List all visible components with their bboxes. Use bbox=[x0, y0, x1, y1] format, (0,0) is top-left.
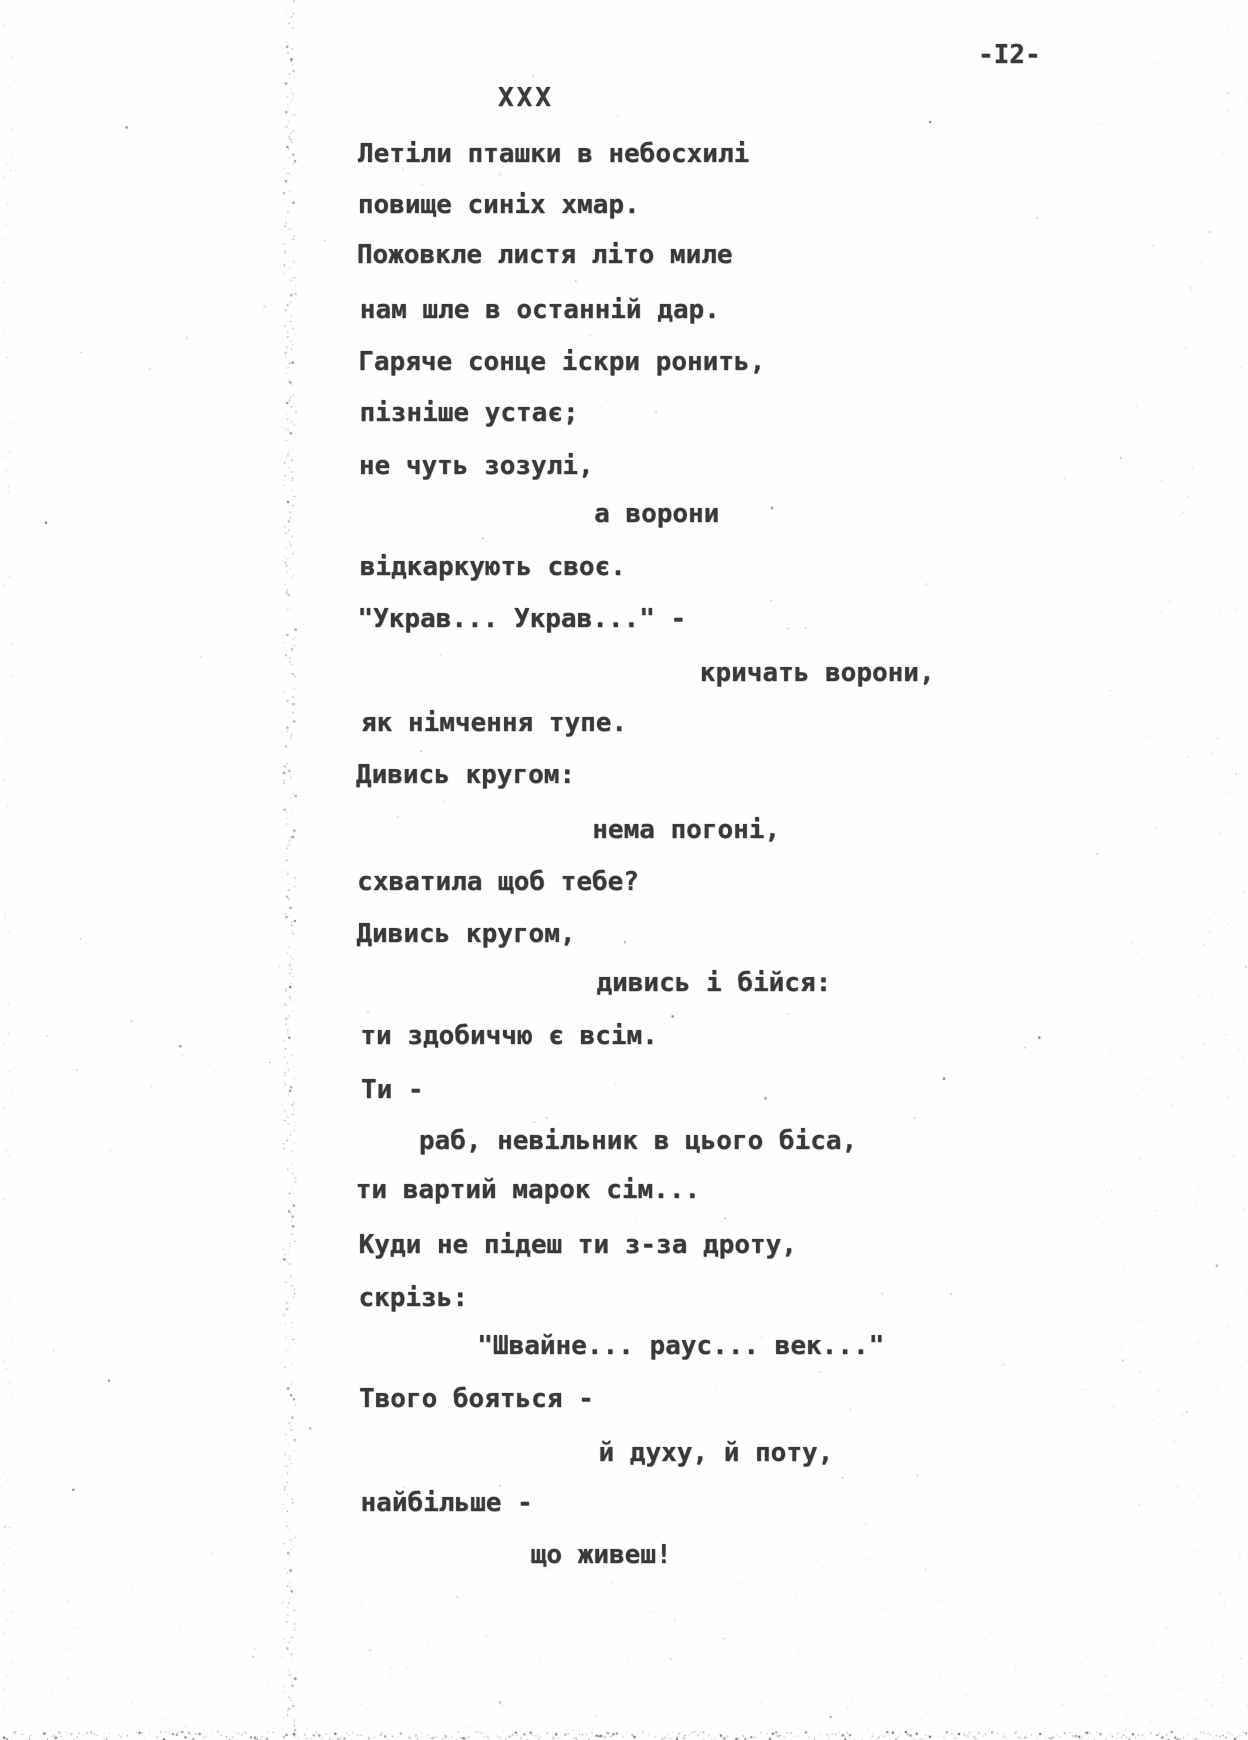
poem-line: Гаряче сонце іскри ронить, bbox=[358, 347, 765, 377]
poem-line: а ворони bbox=[594, 499, 719, 529]
poem-line: дивись і бійся: bbox=[596, 968, 831, 998]
poem-line: нема погоні, bbox=[592, 815, 780, 845]
poem-line: що живеш! bbox=[531, 1540, 672, 1570]
scanned-document-page: -I2- XXX Летіли пташки в небосхиліповище… bbox=[0, 0, 1248, 1740]
poem-line: Дивись кругом, bbox=[356, 919, 575, 949]
poem-line: Дивись кругом: bbox=[356, 760, 575, 790]
poem-line: як німчення тупе. bbox=[361, 708, 627, 738]
poem-line: ти вартий марок сім... bbox=[356, 1175, 700, 1205]
poem-line: пізніше устає; bbox=[359, 398, 578, 428]
poem-line: кричать ворони, bbox=[700, 658, 935, 688]
poem-line: Летіли пташки в небосхилі bbox=[358, 139, 749, 169]
poem-line: Ти - bbox=[361, 1075, 424, 1105]
poem-line: раб, невільник в цього біса, bbox=[419, 1126, 857, 1156]
poem-line: нам шле в останній дар. bbox=[360, 295, 720, 325]
poem-line: відкаркують своє. bbox=[360, 552, 626, 582]
poem-line: Пожовкле листя літо миле bbox=[357, 240, 733, 270]
poem-line: ти здобиччю є всім. bbox=[360, 1021, 657, 1051]
poem-line: й духу, й поту, bbox=[599, 1438, 834, 1468]
poem-line: Куди не підеш ти з-за дроту, bbox=[359, 1230, 797, 1260]
poem-line: повище синіх хмар. bbox=[358, 190, 640, 220]
poem-line: схватила щоб тебе? bbox=[357, 867, 639, 897]
poem-line: скрізь: bbox=[358, 1283, 468, 1313]
poem-line: не чуть зозулі, bbox=[359, 451, 594, 481]
page-number: -I2- bbox=[978, 40, 1041, 70]
poem-line: Твого бояться - bbox=[359, 1384, 594, 1414]
poem-line: найбільше - bbox=[361, 1488, 533, 1518]
section-heading: XXX bbox=[498, 83, 554, 113]
poem-line: "Швайне... раус... век..." bbox=[477, 1331, 884, 1361]
poem-line: "Украв... Украв..." - bbox=[357, 604, 686, 634]
